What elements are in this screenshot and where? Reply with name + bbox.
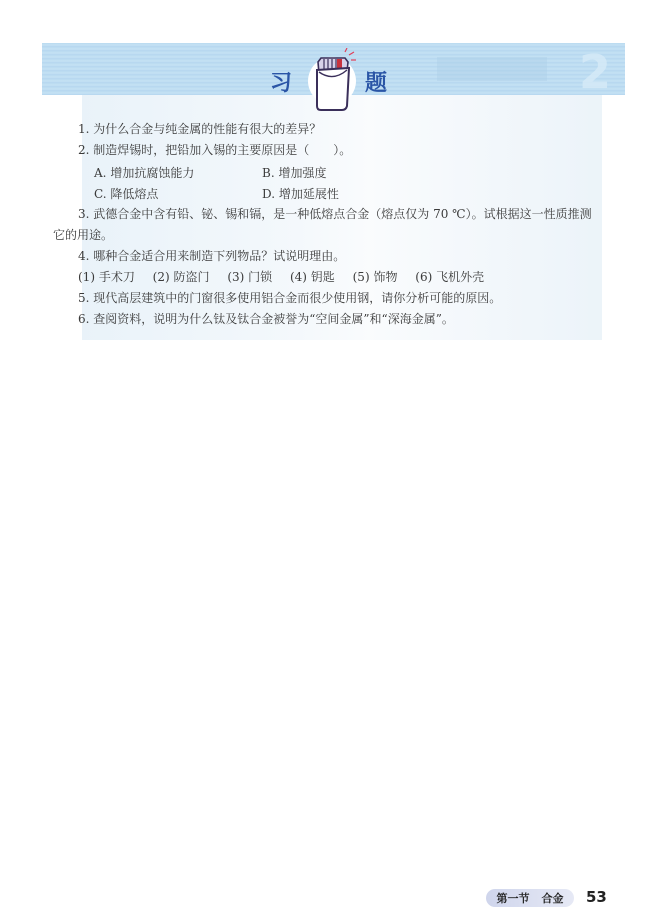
question-text: 哪种合金适合用来制造下列物品？试说明理由。 <box>93 249 345 263</box>
option-label: D. <box>262 187 275 201</box>
question-number: 1. <box>78 122 89 136</box>
option-text: 增加强度 <box>278 166 326 180</box>
question-text: 现代高层建筑中的门窗很多使用铝合金而很少使用钢，请你分析可能的原因。 <box>93 291 501 305</box>
question-number: 5. <box>78 291 89 305</box>
list-item: (2) 防盗门 <box>153 270 210 284</box>
question-6: 6. 查阅资料，说明为什么钛及钛合金被誉为“空间金属”和“深海金属”。 <box>78 311 454 327</box>
list-item: (4) 钥匙 <box>290 270 335 284</box>
option-label: A. <box>94 166 106 180</box>
chapter-number: 2 <box>579 45 611 99</box>
option-text: 增加延展性 <box>279 187 339 201</box>
list-item: (5) 饰物 <box>353 270 398 284</box>
option-a: A. 增加抗腐蚀能力 <box>94 164 194 181</box>
question-text: 为什么合金与纯金属的性能有很大的差异？ <box>93 122 321 136</box>
question-number: 6. <box>78 312 89 326</box>
question-4-items: (1) 手术刀 (2) 防盗门 (3) 门锁 (4) 钥匙 (5) 饰物 (6)… <box>78 269 484 285</box>
question-text: 制造焊锡时，把铅加入锡的主要原因是（ ）。 <box>93 143 351 157</box>
option-text: 增加抗腐蚀能力 <box>110 166 194 180</box>
title-char-left: 习 <box>270 66 292 97</box>
option-label: B. <box>262 166 275 180</box>
clipboard-icon <box>307 48 357 114</box>
option-c: C. 降低熔点 <box>94 185 158 202</box>
option-label: C. <box>94 187 107 201</box>
question-1: 1. 为什么合金与纯金属的性能有很大的差异？ <box>78 121 321 137</box>
question-number: 3. <box>78 207 89 221</box>
list-item: (3) 门锁 <box>227 270 272 284</box>
question-text: 查阅资料，说明为什么钛及钛合金被誉为“空间金属”和“深海金属”。 <box>93 312 454 326</box>
banner-decoration <box>437 57 547 81</box>
option-d: D. 增加延展性 <box>262 185 339 202</box>
question-number: 4. <box>78 249 89 263</box>
question-2: 2. 制造焊锡时，把铅加入锡的主要原因是（ ）。 <box>78 142 351 158</box>
title-char-right: 题 <box>365 66 387 97</box>
question-number: 2. <box>78 143 89 157</box>
list-item: (1) 手术刀 <box>78 270 135 284</box>
question-text: 武德合金中含有铅、铋、锡和镉，是一种低熔点合金（熔点仅为 70 ℃）。试根据这一… <box>93 207 591 221</box>
section-label: 第一节 合金 <box>486 889 574 907</box>
question-3-continued: 它的用途。 <box>53 227 113 243</box>
section-topic: 合金 <box>542 890 564 906</box>
question-3: 3. 武德合金中含有铅、铋、锡和镉，是一种低熔点合金（熔点仅为 70 ℃）。试根… <box>78 206 592 222</box>
option-text: 降低熔点 <box>110 187 158 201</box>
question-4: 4. 哪种合金适合用来制造下列物品？试说明理由。 <box>78 248 345 264</box>
page-number: 53 <box>586 888 607 906</box>
option-b: B. 增加强度 <box>262 164 326 181</box>
question-5: 5. 现代高层建筑中的门窗很多使用铝合金而很少使用钢，请你分析可能的原因。 <box>78 290 501 306</box>
section-number: 第一节 <box>497 890 530 906</box>
list-item: (6) 飞机外壳 <box>415 270 484 284</box>
